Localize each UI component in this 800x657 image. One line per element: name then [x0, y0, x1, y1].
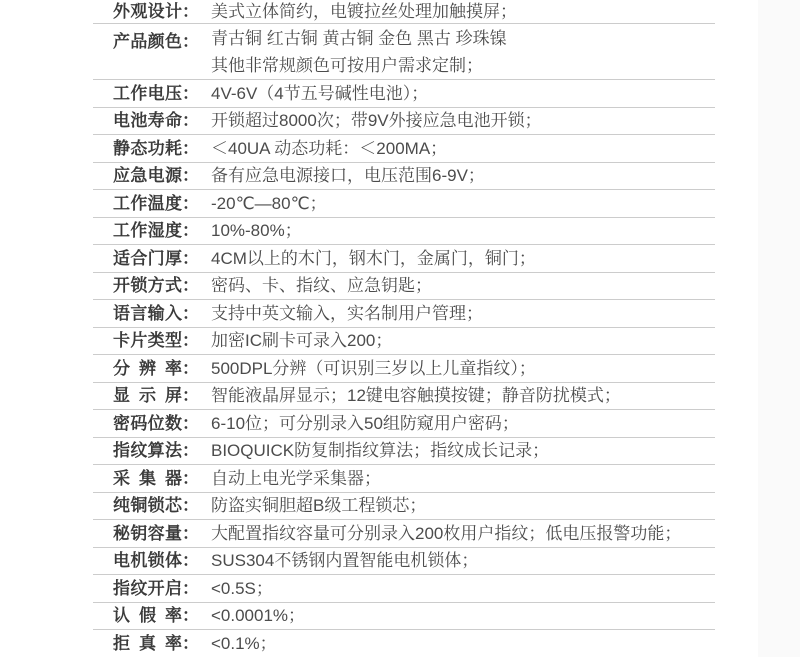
spec-label: 电池寿命 ： [113, 110, 199, 131]
label-colon: ： [182, 248, 199, 269]
spec-label-text: 秘钥容量 [113, 523, 182, 544]
spec-row: 应急电源 ： 备有应急电源接口，电压范围6-9V； [93, 163, 715, 191]
spec-table: 外观设计 ： 美式立体简约，电镀拉丝处理加触摸屏； 产品颜色 ： 青古铜 红古铜… [93, 0, 715, 657]
spec-value-line: 其他非常规颜色可按用户需求定制； [211, 52, 507, 79]
spec-label: 工作湿度 ： [113, 220, 199, 241]
spec-label-text: 指纹算法 [113, 440, 182, 461]
spec-row: 分 辨 率 ： 500DPL分辨（可识别三岁以上儿童指纹）； [93, 355, 715, 383]
spec-label: 秘钥容量 ： [113, 523, 199, 544]
spec-row: 开锁方式 ： 密码、卡、指纹、应急钥匙； [93, 273, 715, 301]
spec-value: 青古铜 红古铜 黄古铜 金色 黑古 珍珠镍其他非常规颜色可按用户需求定制； [199, 25, 507, 79]
spec-row: 纯铜锁芯 ： 防盗实铜胆超B级工程锁芯； [93, 493, 715, 521]
spec-value: 4V-6V（4节五号碱性电池）； [199, 83, 428, 104]
label-colon: ： [182, 31, 199, 52]
label-colon: ： [182, 193, 199, 214]
spec-label-text: 纯铜锁芯 [113, 495, 182, 516]
spec-row: 电池寿命 ： 开锁超过8000次；带9V外接应急电池开锁； [93, 108, 715, 136]
spec-value: ＜40UA 动态功耗：＜200MA； [199, 138, 447, 159]
label-colon: ： [182, 605, 199, 626]
label-colon: ： [182, 523, 199, 544]
spec-row: 产品颜色 ： 青古铜 红古铜 黄古铜 金色 黑古 珍珠镍其他非常规颜色可按用户需… [93, 24, 715, 80]
spec-label: 分 辨 率 ： [113, 358, 199, 379]
label-colon: ： [182, 303, 199, 324]
spec-label-text: 工作温度 [113, 193, 182, 214]
spec-row: 适合门厚 ： 4CM以上的木门，钢木门，金属门，铜门； [93, 245, 715, 273]
spec-label-text: 卡片类型 [113, 330, 182, 351]
spec-label-text: 电机锁体 [113, 550, 182, 571]
spec-label: 开锁方式 ： [113, 275, 199, 296]
spec-label: 应急电源 ： [113, 165, 199, 186]
spec-label-text: 密码位数 [113, 413, 182, 434]
spec-label-text: 认 假 率 [113, 605, 182, 626]
spec-value: 加密IC刷卡可录入200； [199, 330, 392, 351]
spec-label: 电机锁体 ： [113, 550, 199, 571]
label-colon: ： [182, 495, 199, 516]
spec-row: 指纹算法 ： BIOQUICK防复制指纹算法；指纹成长记录； [93, 438, 715, 466]
spec-value: <0.5S； [199, 578, 273, 599]
spec-label: 产品颜色 ： [113, 31, 199, 52]
spec-value: -20℃—80℃； [199, 193, 327, 214]
spec-value: BIOQUICK防复制指纹算法；指纹成长记录； [199, 440, 549, 461]
spec-label-text: 适合门厚 [113, 248, 182, 269]
spec-value: 备有应急电源接口，电压范围6-9V； [199, 165, 485, 186]
spec-label-text: 采 集 器 [113, 468, 182, 489]
label-colon: ： [182, 1, 199, 22]
spec-label: 采 集 器 ： [113, 468, 199, 489]
label-colon: ： [182, 440, 199, 461]
spec-label: 认 假 率 ： [113, 605, 199, 626]
label-colon: ： [182, 330, 199, 351]
label-colon: ： [182, 468, 199, 489]
spec-row: 语言输入 ： 支持中英文输入，实名制用户管理； [93, 300, 715, 328]
spec-row: 采 集 器 ： 自动上电光学采集器； [93, 465, 715, 493]
label-colon: ： [182, 550, 199, 571]
spec-row: 工作电压 ： 4V-6V（4节五号碱性电池）； [93, 80, 715, 108]
spec-value: 密码、卡、指纹、应急钥匙； [199, 275, 432, 296]
label-colon: ： [182, 83, 199, 104]
spec-label: 指纹开启 ： [113, 578, 199, 599]
spec-label: 外观设计 ： [113, 1, 199, 22]
spec-row: 指纹开启 ： <0.5S； [93, 575, 715, 603]
spec-label: 静态功耗 ： [113, 138, 199, 159]
spec-label-text: 静态功耗 [113, 138, 182, 159]
spec-label: 拒 真 率 ： [113, 633, 199, 654]
spec-value: 防盗实铜胆超B级工程锁芯； [199, 495, 426, 516]
spec-value: 4CM以上的木门，钢木门，金属门，铜门； [199, 248, 536, 269]
spec-label: 工作温度 ： [113, 193, 199, 214]
label-colon: ： [182, 110, 199, 131]
label-colon: ： [182, 165, 199, 186]
spec-value: SUS304不锈钢内置智能电机锁体； [199, 550, 478, 571]
spec-value: 500DPL分辨（可识别三岁以上儿童指纹）； [199, 358, 536, 379]
spec-label: 纯铜锁芯 ： [113, 495, 199, 516]
spec-label-text: 语言输入 [113, 303, 182, 324]
label-colon: ： [182, 578, 199, 599]
label-colon: ： [182, 633, 199, 654]
spec-label-text: 分 辨 率 [113, 358, 182, 379]
spec-label: 语言输入 ： [113, 303, 199, 324]
spec-value: 支持中英文输入，实名制用户管理； [199, 303, 483, 324]
spec-label-text: 电池寿命 [113, 110, 182, 131]
spec-value: <0.1%； [199, 633, 277, 654]
label-colon: ： [182, 385, 199, 406]
label-colon: ： [182, 358, 199, 379]
spec-label-text: 应急电源 [113, 165, 182, 186]
spec-row: 电机锁体 ： SUS304不锈钢内置智能电机锁体； [93, 548, 715, 576]
spec-value: 开锁超过8000次；带9V外接应急电池开锁； [199, 110, 542, 131]
spec-row: 静态功耗 ： ＜40UA 动态功耗：＜200MA； [93, 135, 715, 163]
spec-label: 密码位数 ： [113, 413, 199, 434]
spec-value: 自动上电光学采集器； [199, 468, 381, 489]
spec-label-text: 外观设计 [113, 1, 182, 22]
spec-label-text: 工作湿度 [113, 220, 182, 241]
label-colon: ： [182, 138, 199, 159]
spec-value: 美式立体简约，电镀拉丝处理加触摸屏； [199, 1, 517, 22]
spec-label: 显 示 屏 ： [113, 385, 199, 406]
spec-label: 工作电压 ： [113, 83, 199, 104]
spec-row: 显 示 屏 ： 智能液晶屏显示；12键电容触摸按键；静音防扰模式； [93, 383, 715, 411]
label-colon: ： [182, 275, 199, 296]
page-edge-strip [758, 0, 800, 657]
spec-row: 工作温度 ： -20℃—80℃； [93, 190, 715, 218]
spec-row: 认 假 率 ： <0.0001%； [93, 603, 715, 631]
spec-row: 工作湿度 ： 10%-80%； [93, 218, 715, 246]
spec-value-line: 青古铜 红古铜 黄古铜 金色 黑古 珍珠镍 [211, 25, 507, 52]
spec-value: 10%-80%； [199, 220, 302, 241]
spec-label-text: 显 示 屏 [113, 385, 182, 406]
spec-value: 6-10位；可分别录入50组防窥用户密码； [199, 413, 519, 434]
spec-label-text: 工作电压 [113, 83, 182, 104]
label-colon: ： [182, 220, 199, 241]
spec-label-text: 拒 真 率 [113, 633, 182, 654]
spec-label-text: 产品颜色 [113, 31, 182, 52]
spec-row: 密码位数 ： 6-10位；可分别录入50组防窥用户密码； [93, 410, 715, 438]
spec-row: 拒 真 率 ： <0.1%； [93, 630, 715, 657]
spec-value: 大配置指纹容量可分别录入200枚用户指纹；低电压报警功能； [199, 523, 681, 544]
spec-label: 卡片类型 ： [113, 330, 199, 351]
spec-row: 秘钥容量 ： 大配置指纹容量可分别录入200枚用户指纹；低电压报警功能； [93, 520, 715, 548]
spec-label-text: 开锁方式 [113, 275, 182, 296]
spec-label: 指纹算法 ： [113, 440, 199, 461]
spec-label: 适合门厚 ： [113, 248, 199, 269]
spec-row: 卡片类型 ： 加密IC刷卡可录入200； [93, 328, 715, 356]
spec-row: 外观设计 ： 美式立体简约，电镀拉丝处理加触摸屏； [93, 0, 715, 24]
spec-value: <0.0001%； [199, 605, 305, 626]
label-colon: ： [182, 413, 199, 434]
spec-value: 智能液晶屏显示；12键电容触摸按键；静音防扰模式； [199, 385, 621, 406]
spec-label-text: 指纹开启 [113, 578, 182, 599]
